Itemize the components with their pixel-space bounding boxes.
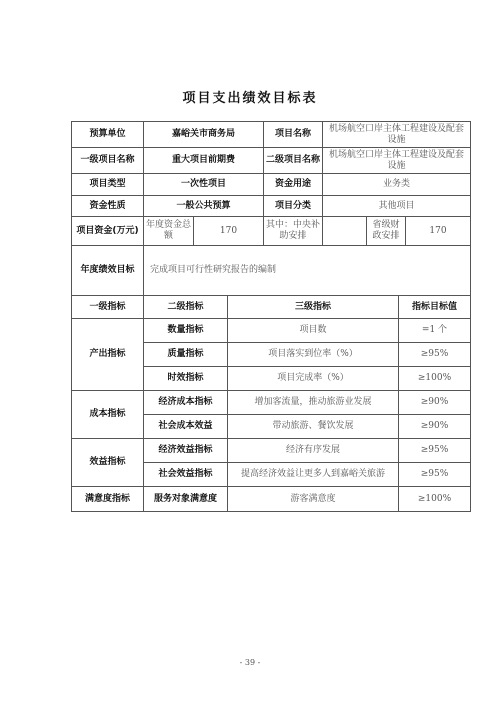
level3-cell: 项目落实到位率（%） (228, 343, 399, 367)
level2-cell: 社会效益指标 (144, 463, 228, 487)
budget-unit-label: 预算单位 (72, 122, 144, 148)
basic-info-table: 预算单位 嘉峪关市商务局 项目名称 机场航空口岸主体工程建设及配套设施 一级项目… (71, 121, 471, 296)
central-subsidy-value (323, 217, 367, 246)
level3-cell: 游客满意度 (228, 487, 399, 512)
level2-cell: 经济效益指标 (144, 439, 228, 463)
provincial-label: 省级财政安排 (367, 217, 406, 246)
table-row: 成本指标 经济成本指标 增加客流量，推动旅游业发展 ≥90% (72, 391, 471, 415)
fund-use-value: 业务类 (323, 174, 471, 196)
budget-unit-value: 嘉峪关市商务局 (144, 122, 264, 148)
level2-name-value: 机场航空口岸主体工程建设及配套设施 (323, 148, 471, 174)
target-cell: ≥100% (399, 367, 471, 391)
level3-cell: 带动旅游、餐饮发展 (228, 415, 399, 439)
header-level3: 三级指标 (228, 296, 399, 319)
fund-nature-value: 一般公共预算 (144, 196, 264, 217)
fund-nature-label: 资金性质 (72, 196, 144, 217)
level1-satisfaction: 满意度指标 (72, 487, 144, 512)
header-level1: 一级指标 (72, 296, 144, 319)
project-name-label: 项目名称 (264, 122, 323, 148)
target-cell: ≥90% (399, 415, 471, 439)
target-cell: ≥95% (399, 439, 471, 463)
project-category-value: 其他项目 (323, 196, 471, 217)
level3-cell: 提高经济效益让更多人到嘉峪关旅游 (228, 463, 399, 487)
annual-goal-value: 完成项目可行性研究报告的编制 (144, 246, 471, 296)
target-cell: ≥100% (399, 487, 471, 512)
target-cell: =1 个 (399, 319, 471, 343)
level2-cell: 经济成本指标 (144, 391, 228, 415)
target-cell: ≥95% (399, 343, 471, 367)
level1-cost: 成本指标 (72, 391, 144, 439)
project-type-label: 项目类型 (72, 174, 144, 196)
header-target: 指标目标值 (399, 296, 471, 319)
project-type-value: 一次性项目 (144, 174, 264, 196)
level1-name-label: 一级项目名称 (72, 148, 144, 174)
project-name-value: 机场航空口岸主体工程建设及配套设施 (323, 122, 471, 148)
level1-benefit: 效益指标 (72, 439, 144, 487)
level2-cell: 服务对象满意度 (144, 487, 228, 512)
level3-cell: 项目数 (228, 319, 399, 343)
table-row: 产出指标 数量指标 项目数 =1 个 (72, 319, 471, 343)
funds-label: 项目资金(万元) (72, 217, 144, 246)
annual-goal-label: 年度绩效目标 (72, 246, 144, 296)
level1-output: 产出指标 (72, 319, 144, 391)
table-row: 满意度指标 服务对象满意度 游客满意度 ≥100% (72, 487, 471, 512)
header-level2: 二级指标 (144, 296, 228, 319)
level2-name-label: 二级项目名称 (264, 148, 323, 174)
level3-cell: 项目完成率（%） (228, 367, 399, 391)
provincial-value: 170 (406, 217, 471, 246)
target-cell: ≥90% (399, 391, 471, 415)
level3-cell: 经济有序发展 (228, 439, 399, 463)
level2-cell: 时效指标 (144, 367, 228, 391)
central-subsidy-label: 其中：中央补助安排 (264, 217, 323, 246)
level2-cell: 社会成本效益 (144, 415, 228, 439)
annual-total-value: 170 (194, 217, 264, 246)
indicators-table: 一级指标 二级指标 三级指标 指标目标值 产出指标 数量指标 项目数 =1 个 … (71, 295, 471, 512)
fund-use-label: 资金用途 (264, 174, 323, 196)
level1-name-value: 重大项目前期费 (144, 148, 264, 174)
annual-total-label: 年度资金总额 (144, 217, 194, 246)
table-row: 效益指标 经济效益指标 经济有序发展 ≥95% (72, 439, 471, 463)
level2-cell: 数量指标 (144, 319, 228, 343)
level2-cell: 质量指标 (144, 343, 228, 367)
page-number: - 39 - (0, 658, 500, 667)
project-category-label: 项目分类 (264, 196, 323, 217)
target-cell: ≥95% (399, 463, 471, 487)
page-title: 项目支出绩效目标表 (0, 87, 500, 106)
level3-cell: 增加客流量，推动旅游业发展 (228, 391, 399, 415)
